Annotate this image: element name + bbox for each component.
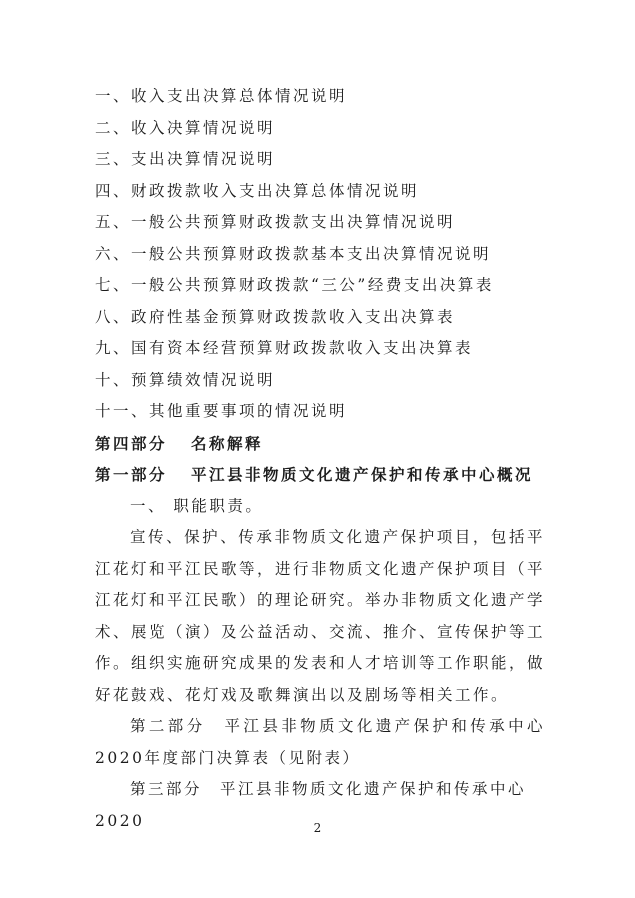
- toc-item-7: 七、一般公共预算财政拨款“三公”经费支出决算表: [95, 270, 545, 302]
- section-heading-part4: 第四部分名称解释: [95, 428, 545, 460]
- toc-item-10: 十、预算绩效情况说明: [95, 365, 545, 397]
- duty-subheading: 一、 职能职责。: [95, 491, 545, 523]
- section-heading-part4-label: 第四部分: [95, 434, 167, 453]
- duty-paragraph: 宣传、保护、传承非物质文化遗产保护项目，包括平江花灯和平江民歌等，进行非物质文化…: [95, 522, 545, 711]
- section-heading-part1-title: 平江县非物质文化遗产保护和传承中心概况: [191, 465, 533, 484]
- page-number: 2: [0, 820, 635, 836]
- part2-paragraph: 第二部分 平江县非物质文化遗产保护和传承中心 2020年度部门决算表（见附表）: [95, 711, 545, 774]
- toc-item-8: 八、政府性基金预算财政拨款收入支出决算表: [95, 302, 545, 334]
- document-page: 一、收入支出决算总体情况说明 二、收入决算情况说明 三、支出决算情况说明 四、财…: [0, 0, 635, 898]
- section-heading-part1-label: 第一部分: [95, 465, 167, 484]
- toc-item-2: 二、收入决算情况说明: [95, 113, 545, 145]
- document-content: 一、收入支出决算总体情况说明 二、收入决算情况说明 三、支出决算情况说明 四、财…: [95, 81, 545, 837]
- toc-item-6: 六、一般公共预算财政拨款基本支出决算情况说明: [95, 239, 545, 271]
- section-heading-part4-title: 名称解释: [191, 434, 263, 453]
- toc-item-1: 一、收入支出决算总体情况说明: [95, 81, 545, 113]
- toc-item-3: 三、支出决算情况说明: [95, 144, 545, 176]
- toc-item-11: 十一、其他重要事项的情况说明: [95, 396, 545, 428]
- section-heading-part1: 第一部分平江县非物质文化遗产保护和传承中心概况: [95, 459, 545, 491]
- toc-item-5: 五、一般公共预算财政拨款支出决算情况说明: [95, 207, 545, 239]
- toc-item-4: 四、财政拨款收入支出决算总体情况说明: [95, 176, 545, 208]
- toc-item-9: 九、国有资本经营预算财政拨款收入支出决算表: [95, 333, 545, 365]
